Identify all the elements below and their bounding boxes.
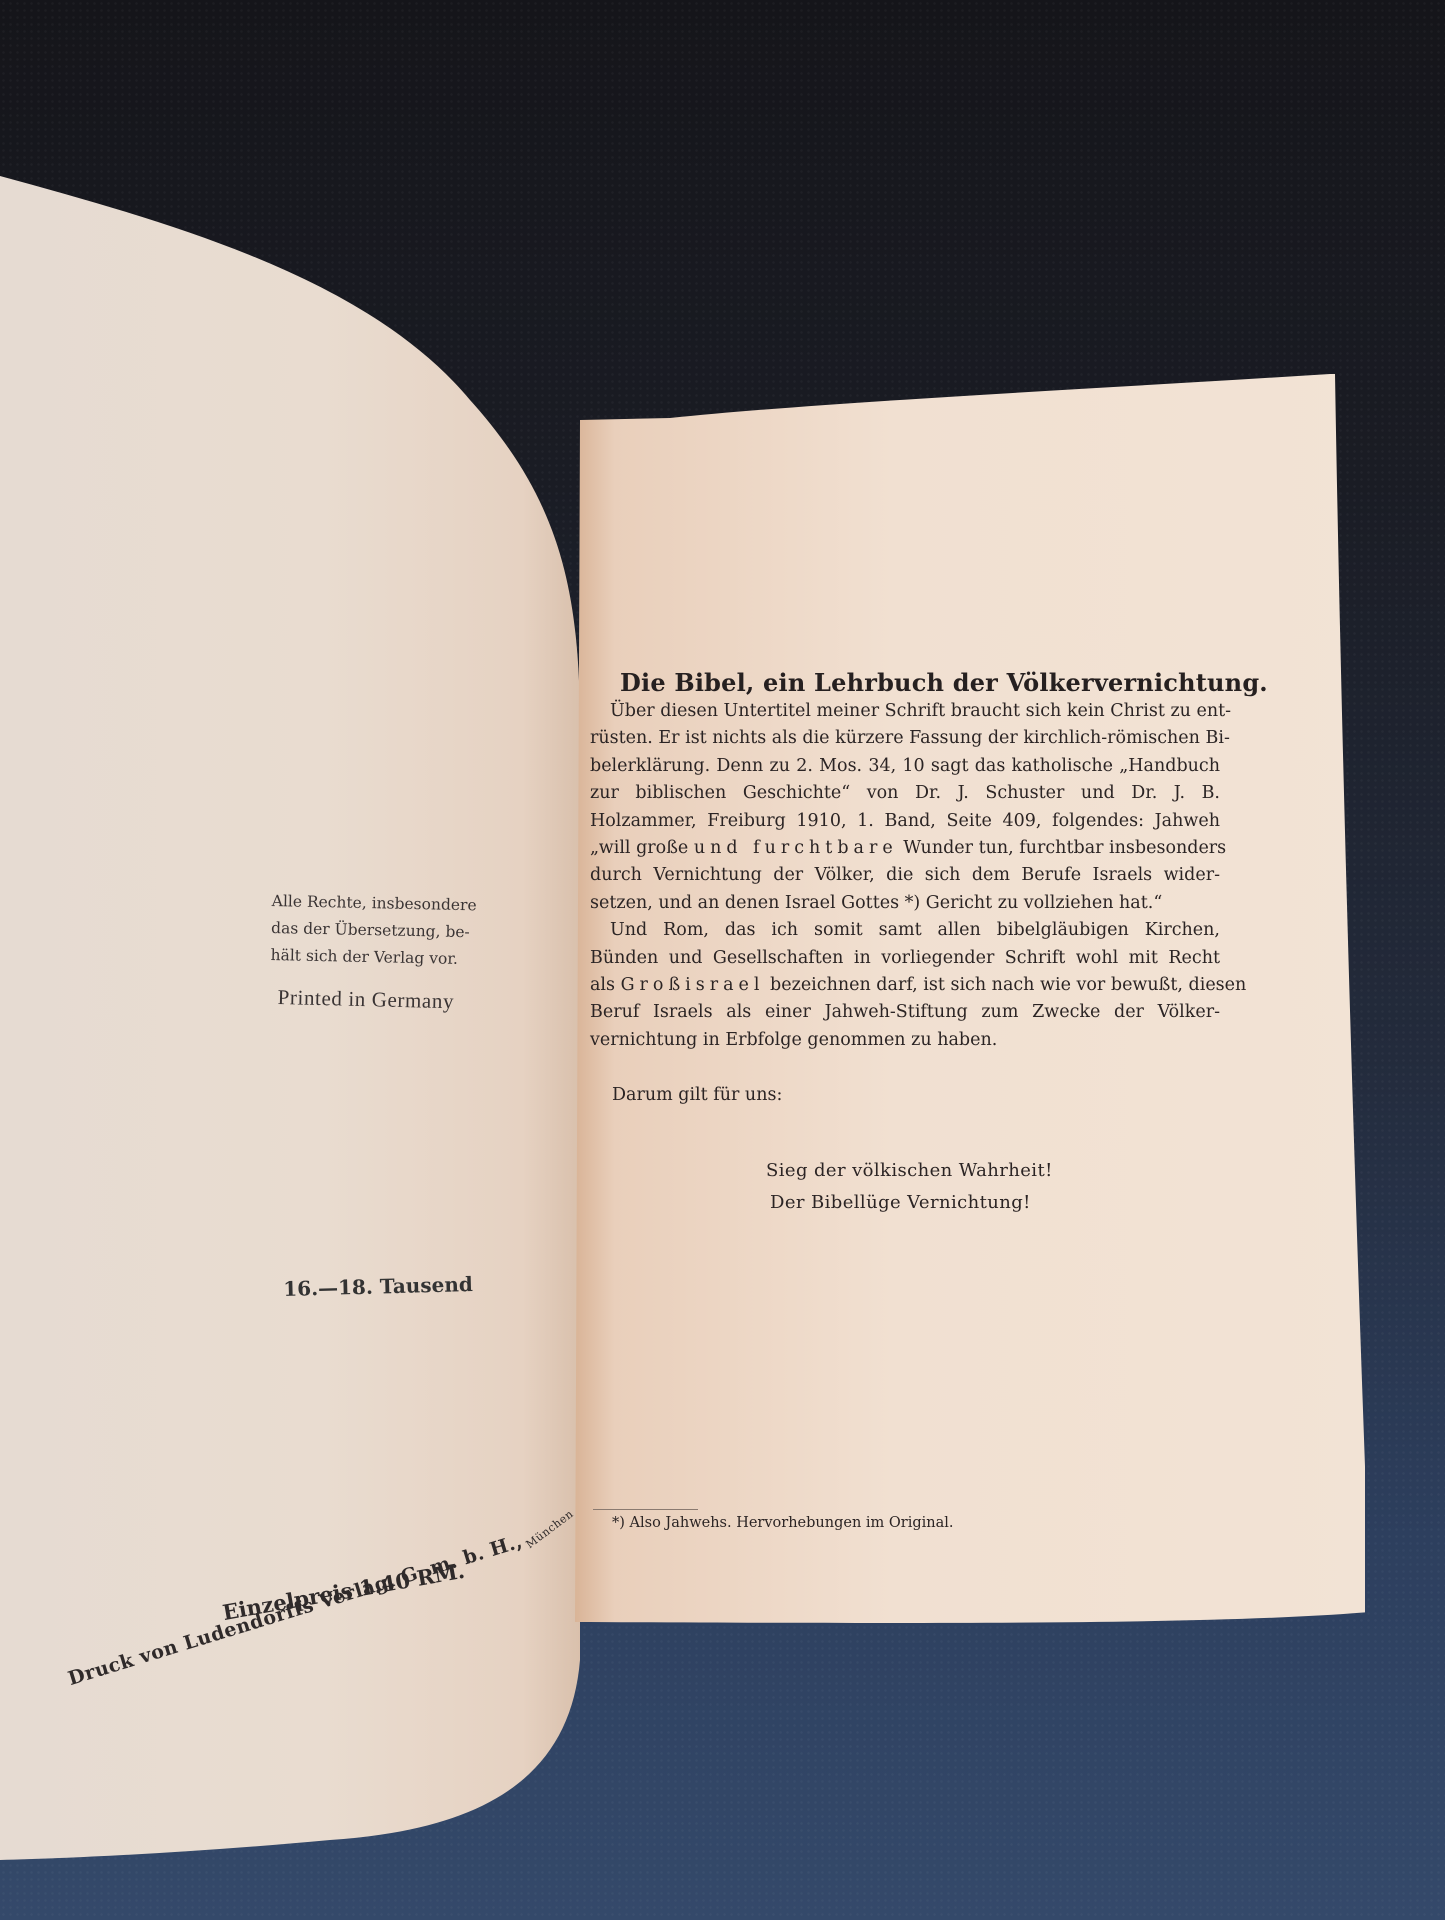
paragraph-line: rüsten. Er ist nichts als die kürzere Fa… bbox=[590, 725, 1220, 752]
paragraph-line: Bünden und Gesellschaften in vorliegende… bbox=[590, 945, 1220, 972]
paragraph-line: vernichtung in Erbfolge genommen zu habe… bbox=[590, 1027, 1220, 1054]
paragraph-line: durch Vernichtung der Völker, die sich d… bbox=[590, 862, 1220, 889]
edition-count: 16.—18. Tausend bbox=[283, 1272, 473, 1301]
rights-notice: Alle Rechte, insbesondere das der Überse… bbox=[270, 888, 512, 974]
motto-line: Der Bibellüge Vernichtung! bbox=[770, 1192, 1031, 1213]
paragraph-line: Beruf Israels als einer Jahweh-Stiftung … bbox=[590, 999, 1220, 1026]
emphasis: Großisrael bbox=[621, 975, 765, 995]
paragraph-line: als Großisrael bezeichnen darf, ist sich… bbox=[590, 972, 1220, 999]
paragraph-line: Holzammer, Freiburg 1910, 1. Band, Seite… bbox=[590, 808, 1220, 835]
printer-city: München bbox=[523, 1507, 575, 1551]
rights-line: hält sich der Verlag vor. bbox=[270, 942, 511, 974]
page-title: Die Bibel, ein Lehrbuch der Völkervernic… bbox=[620, 668, 1268, 697]
printer-name: Druck von Ludendorffs Verlag, G. m. b. H… bbox=[66, 1530, 525, 1690]
footnote: *) Also Jahwehs. Hervorhebungen im Origi… bbox=[612, 1515, 954, 1531]
paragraph-line: Und Rom, das ich somit samt allen bibelg… bbox=[590, 917, 1220, 944]
motto-line: Sieg der völkischen Wahrheit! bbox=[766, 1160, 1053, 1181]
paragraph-line: belerklärung. Denn zu 2. Mos. 34, 10 sag… bbox=[590, 753, 1220, 780]
printer-imprint: Druck von Ludendorffs Verlag, G. m. b. H… bbox=[66, 1513, 583, 1690]
paragraph-line: Über diesen Untertitel meiner Schrift br… bbox=[590, 698, 1220, 725]
paragraph-line: „will große und furchtbare Wunder tun, f… bbox=[590, 835, 1220, 862]
body-text: Über diesen Untertitel meiner Schrift br… bbox=[590, 698, 1220, 1054]
emphasis: und furchtbare bbox=[694, 838, 898, 858]
paragraph-line: zur biblischen Geschichte“ von Dr. J. Sc… bbox=[590, 780, 1220, 807]
footnote-rule bbox=[593, 1509, 698, 1510]
paragraph-line: setzen, und an denen Israel Gottes *) Ge… bbox=[590, 890, 1220, 917]
conclusion-line: Darum gilt für uns: bbox=[612, 1085, 782, 1105]
printed-in-germany: Printed in Germany bbox=[277, 985, 454, 1014]
